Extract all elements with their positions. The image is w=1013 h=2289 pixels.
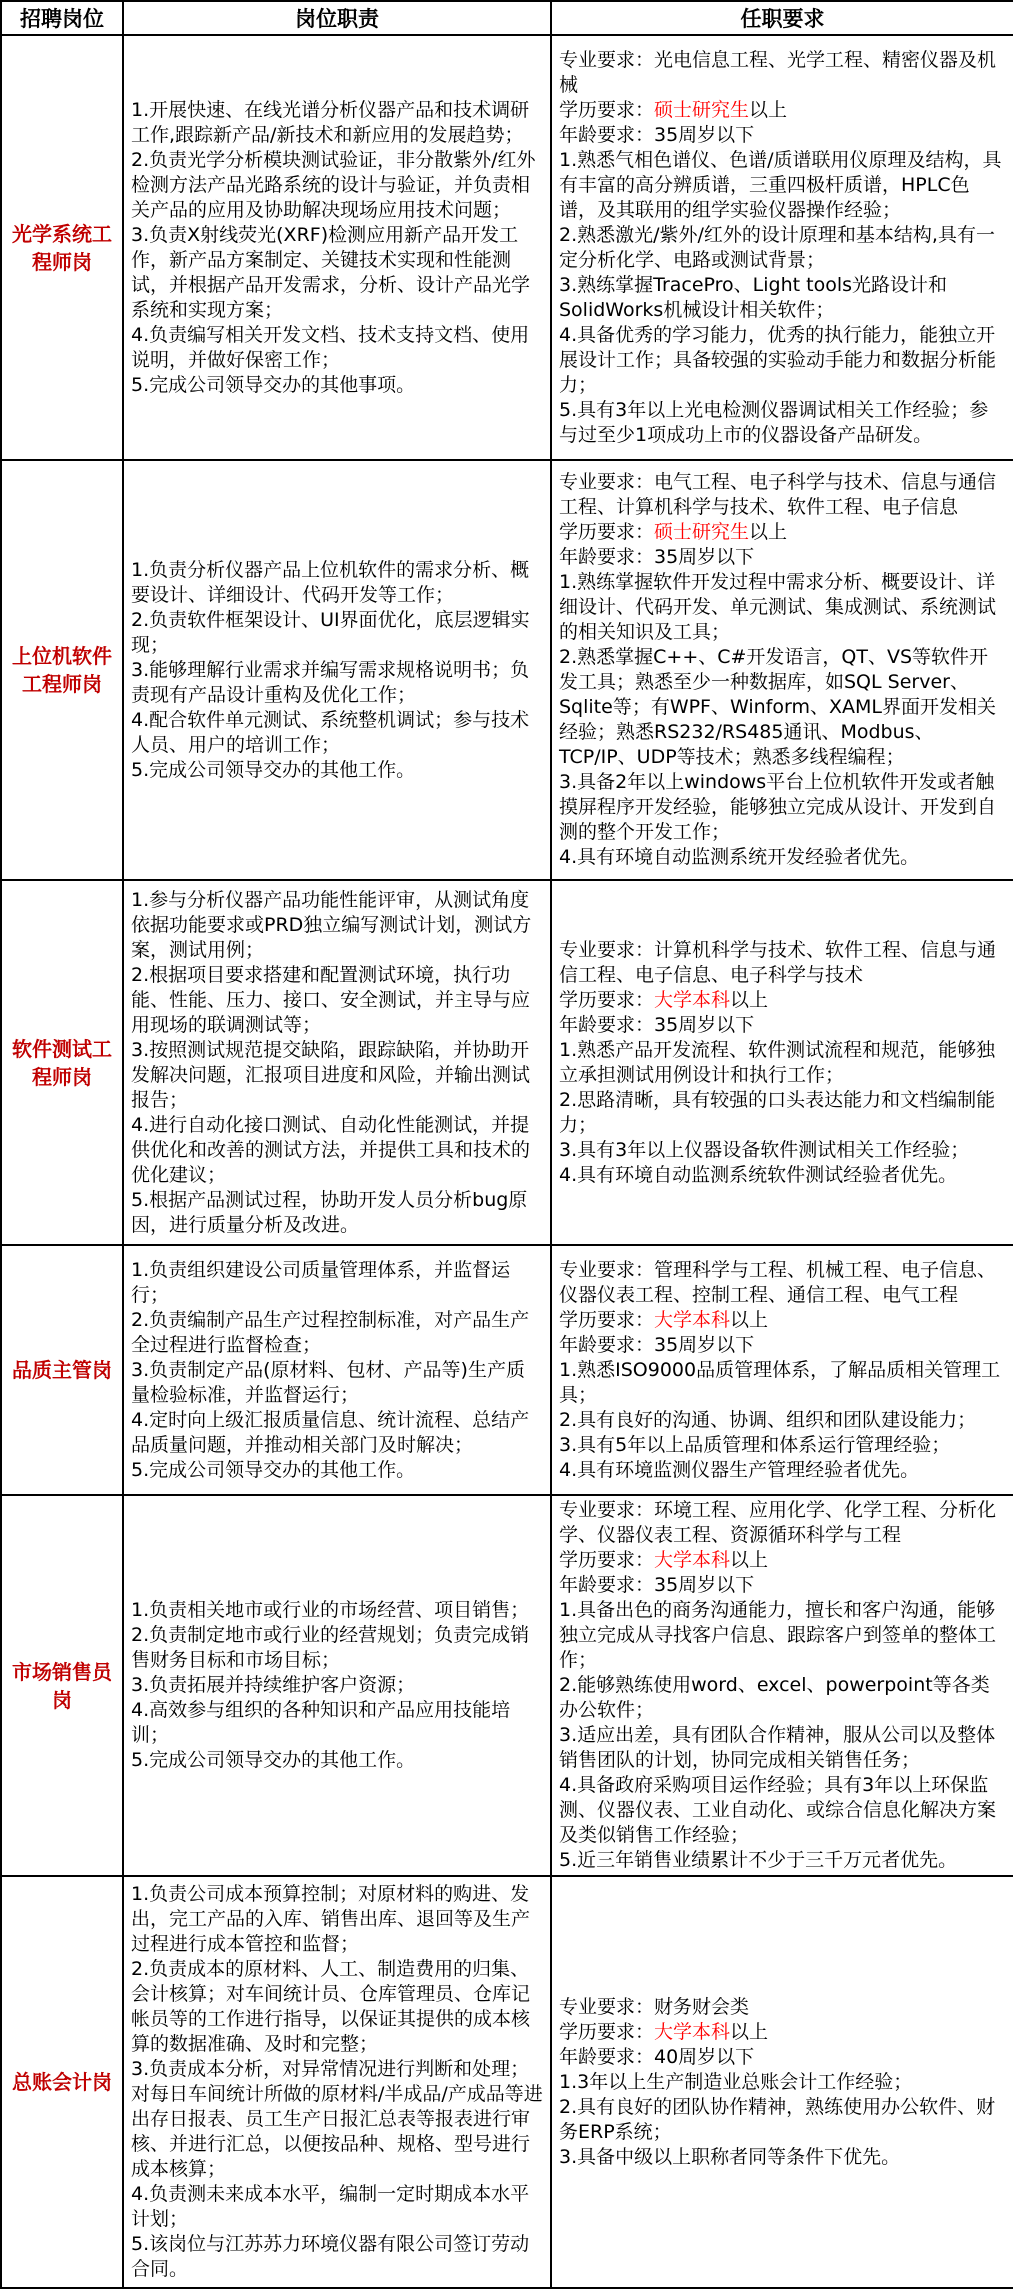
duty-item: 1.开展快速、在线光谱分析仪器产品和技术调研工作,跟踪新产品/新技术和新应用的发… [131,98,543,148]
requirement-line: 3.熟练掌握TracePro、Light tools光路设计和SolidWork… [559,273,1006,323]
education-highlight: 大学本科 [654,1309,730,1331]
requirement-text: 以上 [749,521,787,543]
requirement-text: 3.适应出差，具有团队合作精神，服从公司以及整体销售团队的计划，协同完成相关销售… [559,1724,995,1771]
requirement-line: 专业要求：光电信息工程、光学工程、精密仪器及机械 [559,48,1006,98]
requirement-line: 1.熟练掌握软件开发过程中需求分析、概要设计、详细设计、代码开发、单元测试、集成… [559,570,1006,645]
requirement-line: 学历要求：大学本科以上 [559,1308,1006,1333]
requirement-text: 4.具有环境自动监测系统软件测试经验者优先。 [559,1164,957,1186]
requirement-text: 1.熟悉ISO9000品质管理体系，了解品质相关管理工具； [559,1359,1000,1406]
requirement-text: 学历要求： [559,1549,654,1571]
position-cell: 光学系统工程师岗 [1,35,123,460]
position-cell: 品质主管岗 [1,1245,123,1495]
requirement-text: 1.熟悉气相色谱仪、色谱/质谱联用仪原理及结构，具有丰富的高分辨质谱，三重四极杆… [559,149,1002,221]
requirement-text: 4.具有环境监测仪器生产管理经验者优先。 [559,1459,919,1481]
requirement-line: 1.熟悉ISO9000品质管理体系，了解品质相关管理工具； [559,1358,1006,1408]
requirement-line: 1.熟悉产品开发流程、软件测试流程和规范，能够独立承担测试用例设计和执行工作； [559,1038,1006,1088]
requirement-text: 2.能够熟练使用word、excel、powerpoint等各类办公软件； [559,1674,990,1721]
requirement-text: 3.具有3年以上仪器设备软件测试相关工作经验； [559,1139,969,1161]
requirement-text: 学历要求： [559,99,654,121]
duty-item: 2.根据项目要求搭建和配置测试环境，执行功能、性能、压力、接口、安全测试，并主导… [131,963,543,1038]
education-highlight: 硕士研究生 [654,521,749,543]
duties-cell: 1.开展快速、在线光谱分析仪器产品和技术调研工作,跟踪新产品/新技术和新应用的发… [123,35,551,460]
requirement-line: 学历要求：硕士研究生以上 [559,520,1006,545]
requirement-text: 年龄要求：40周岁以下 [559,2046,754,2068]
requirements-cell: 专业要求：电气工程、电子科学与技术、信息与通信工程、计算机科学与技术、软件工程、… [551,460,1013,880]
duty-item: 5.完成公司领导交办的其他事项。 [131,373,543,398]
duties-cell: 1.负责公司成本预算控制；对原材料的购进、发出，完工产品的入库、销售出库、退回等… [123,1876,551,2288]
duty-item: 1.参与分析仪器产品功能性能评审，从测试角度依据功能要求或PRD独立编写测试计划… [131,888,543,963]
duty-item: 4.配合软件单元测试、系统整机调试；参与技术人员、用户的培训工作； [131,708,543,758]
requirement-line: 学历要求：大学本科以上 [559,988,1006,1013]
requirement-text: 2.熟悉掌握C++、C#开发语言，QT、VS等软件开发工具；熟悉至少一种数据库，… [559,646,996,768]
table-row: 总账会计岗1.负责公司成本预算控制；对原材料的购进、发出，完工产品的入库、销售出… [1,1876,1013,2288]
requirement-line: 学历要求：大学本科以上 [559,2020,1006,2045]
duties-cell: 1.负责相关地市或行业的市场经营、项目销售；2.负责制定地市或行业的经营规划；负… [123,1495,551,1876]
requirement-text: 5.具有3年以上光电检测仪器调试相关工作经验；参与过至少1项成功上市的仪器设备产… [559,399,988,446]
requirement-line: 5.具有3年以上光电检测仪器调试相关工作经验；参与过至少1项成功上市的仪器设备产… [559,398,1006,448]
requirement-text: 1.具备出色的商务沟通能力，擅长和客户沟通，能够独立完成从寻找客户信息、跟踪客户… [559,1599,996,1671]
requirement-text: 5.近三年销售业绩累计不少于三千万元者优先。 [559,1849,957,1871]
position-cell: 软件测试工程师岗 [1,880,123,1245]
duty-item: 2.负责光学分析模块测试验证，非分散紫外/红外检测方法产品光路系统的设计与验证，… [131,148,543,223]
duty-item: 5.完成公司领导交办的其他工作。 [131,758,543,783]
requirement-text: 学历要求： [559,989,654,1011]
position-name: 软件测试工程师岗 [12,1037,112,1089]
requirement-text: 学历要求： [559,521,654,543]
requirements-cell: 专业要求：计算机科学与技术、软件工程、信息与通信工程、电子信息、电子科学与技术学… [551,880,1013,1245]
requirement-text: 年龄要求：35周岁以下 [559,1334,754,1356]
duty-item: 3.按照测试规范提交缺陷，跟踪缺陷，并协助开发解决问题，汇报项目进度和风险，并输… [131,1038,543,1113]
requirement-text: 4.具备优秀的学习能力，优秀的执行能力，能独立开展设计工作；具备较强的实验动手能… [559,324,996,396]
requirement-line: 3.具有3年以上仪器设备软件测试相关工作经验； [559,1138,1006,1163]
requirement-text: 专业要求：环境工程、应用化学、化学工程、分析化学、仪器仪表工程、资源循环科学与工… [559,1499,996,1546]
requirement-text: 年龄要求：35周岁以下 [559,124,754,146]
requirement-line: 年龄要求：35周岁以下 [559,1013,1006,1038]
requirement-line: 2.熟悉激光/紫外/红外的设计原理和基本结构,具有一定分析化学、电路或测试背景； [559,223,1006,273]
requirement-line: 年龄要求：40周岁以下 [559,2045,1006,2070]
requirement-line: 2.具有良好的团队协作精神，熟练使用办公软件、财务ERP系统； [559,2095,1006,2145]
requirement-line: 1.熟悉气相色谱仪、色谱/质谱联用仪原理及结构，具有丰富的高分辨质谱，三重四极杆… [559,148,1006,223]
requirement-text: 3.具有5年以上品质管理和体系运行管理经验； [559,1434,950,1456]
requirement-line: 专业要求：计算机科学与技术、软件工程、信息与通信工程、电子信息、电子科学与技术 [559,938,1006,988]
duty-item: 3.负责成本分析，对异常情况进行判断和处理；对每日车间统计所做的原材料/半成品/… [131,2057,543,2182]
requirement-line: 年龄要求：35周岁以下 [559,1573,1006,1598]
position-name: 品质主管岗 [12,1358,112,1382]
duty-item: 4.定时向上级汇报质量信息、统计流程、总结产品质量问题，并推动相关部门及时解决； [131,1408,543,1458]
duty-item: 2.负责编制产品生产过程控制标准，对产品生产全过程进行监督检查； [131,1308,543,1358]
education-highlight: 硕士研究生 [654,99,749,121]
duty-item: 3.负责制定产品(原材料、包材、产品等)生产质量检验标准，并监督运行； [131,1358,543,1408]
requirement-line: 1.3年以上生产制造业总账会计工作经验； [559,2070,1006,2095]
requirement-line: 年龄要求：35周岁以下 [559,1333,1006,1358]
duties-cell: 1.参与分析仪器产品功能性能评审，从测试角度依据功能要求或PRD独立编写测试计划… [123,880,551,1245]
requirement-text: 2.熟悉激光/紫外/红外的设计原理和基本结构,具有一定分析化学、电路或测试背景； [559,224,995,271]
position-cell: 总账会计岗 [1,1876,123,2288]
requirement-line: 4.具有环境自动监测系统软件测试经验者优先。 [559,1163,1006,1188]
requirement-line: 2.能够熟练使用word、excel、powerpoint等各类办公软件； [559,1673,1006,1723]
requirement-text: 2.思路清晰，具有较强的口头表达能力和文档编制能力； [559,1089,995,1136]
requirement-line: 3.具有5年以上品质管理和体系运行管理经验； [559,1433,1006,1458]
requirement-line: 专业要求：管理科学与工程、机械工程、电子信息、仪器仪表工程、控制工程、通信工程、… [559,1258,1006,1308]
education-highlight: 大学本科 [654,1549,730,1571]
position-name: 市场销售员岗 [12,1660,112,1712]
duty-item: 4.负责测未来成本水平，编制一定时期成本水平计划； [131,2182,543,2232]
requirement-text: 2.具有良好的沟通、协调、组织和团队建设能力； [559,1409,976,1431]
header-row: 招聘岗位 岗位职责 任职要求 [1,1,1013,35]
requirement-line: 专业要求：财务财会类 [559,1995,1006,2020]
requirement-line: 3.具备2年以上windows平台上位机软件开发或者触摸屏程序开发经验，能够独立… [559,770,1006,845]
requirement-text: 4.具有环境自动监测系统开发经验者优先。 [559,846,919,868]
requirement-text: 1.熟悉产品开发流程、软件测试流程和规范，能够独立承担测试用例设计和执行工作； [559,1039,995,1086]
requirement-text: 专业要求：计算机科学与技术、软件工程、信息与通信工程、电子信息、电子科学与技术 [559,939,996,986]
requirement-text: 学历要求： [559,1309,654,1331]
duty-item: 1.负责相关地市或行业的市场经营、项目销售； [131,1598,543,1623]
requirement-line: 学历要求：硕士研究生以上 [559,98,1006,123]
requirement-text: 年龄要求：35周岁以下 [559,546,754,568]
requirement-text: 以上 [730,1309,768,1331]
duty-item: 4.进行自动化接口测试、自动化性能测试，并提供优化和改善的测试方法，并提供工具和… [131,1113,543,1188]
duty-item: 5.完成公司领导交办的其他工作。 [131,1748,543,1773]
duty-item: 5.该岗位与江苏苏力环境仪器有限公司签订劳动合同。 [131,2232,543,2282]
requirements-cell: 专业要求：环境工程、应用化学、化学工程、分析化学、仪器仪表工程、资源循环科学与工… [551,1495,1013,1876]
recruitment-table: 招聘岗位 岗位职责 任职要求 光学系统工程师岗1.开展快速、在线光谱分析仪器产品… [0,0,1013,2289]
duties-cell: 1.负责分析仪器产品上位机软件的需求分析、概要设计、详细设计、代码开发等工作；2… [123,460,551,880]
duty-item: 1.负责组织建设公司质量管理体系，并监督运行； [131,1258,543,1308]
requirement-text: 以上 [749,99,787,121]
requirement-line: 4.具备政府采购项目运作经验；具有3年以上环保监测、仪器仪表、工业自动化、或综合… [559,1773,1006,1848]
requirement-line: 专业要求：电气工程、电子科学与技术、信息与通信工程、计算机科学与技术、软件工程、… [559,470,1006,520]
requirement-text: 3.具备2年以上windows平台上位机软件开发或者触摸屏程序开发经验，能够独立… [559,771,996,843]
duty-item: 2.负责制定地市或行业的经营规划；负责完成销售财务目标和市场目标； [131,1623,543,1673]
table-row: 市场销售员岗1.负责相关地市或行业的市场经营、项目销售；2.负责制定地市或行业的… [1,1495,1013,1876]
duty-item: 1.负责公司成本预算控制；对原材料的购进、发出，完工产品的入库、销售出库、退回等… [131,1882,543,1957]
requirement-text: 以上 [730,989,768,1011]
requirement-line: 专业要求：环境工程、应用化学、化学工程、分析化学、仪器仪表工程、资源循环科学与工… [559,1498,1006,1548]
requirement-text: 专业要求：财务财会类 [559,1996,749,2018]
requirement-line: 年龄要求：35周岁以下 [559,123,1006,148]
position-cell: 上位机软件工程师岗 [1,460,123,880]
position-name: 上位机软件工程师岗 [12,644,112,696]
requirement-text: 1.熟练掌握软件开发过程中需求分析、概要设计、详细设计、代码开发、单元测试、集成… [559,571,996,643]
requirement-text: 专业要求：电气工程、电子科学与技术、信息与通信工程、计算机科学与技术、软件工程、… [559,471,996,518]
table-row: 上位机软件工程师岗1.负责分析仪器产品上位机软件的需求分析、概要设计、详细设计、… [1,460,1013,880]
requirement-line: 1.具备出色的商务沟通能力，擅长和客户沟通，能够独立完成从寻找客户信息、跟踪客户… [559,1598,1006,1673]
requirement-text: 3.具备中级以上职称者同等条件下优先。 [559,2146,900,2168]
requirements-cell: 专业要求：光电信息工程、光学工程、精密仪器及机械学历要求：硕士研究生以上年龄要求… [551,35,1013,460]
requirement-line: 4.具有环境监测仪器生产管理经验者优先。 [559,1458,1006,1483]
requirement-line: 5.近三年销售业绩累计不少于三千万元者优先。 [559,1848,1006,1873]
duty-item: 1.负责分析仪器产品上位机软件的需求分析、概要设计、详细设计、代码开发等工作； [131,558,543,608]
duties-cell: 1.负责组织建设公司质量管理体系，并监督运行；2.负责编制产品生产过程控制标准，… [123,1245,551,1495]
requirement-text: 1.3年以上生产制造业总账会计工作经验； [559,2071,912,2093]
requirement-line: 4.具有环境自动监测系统开发经验者优先。 [559,845,1006,870]
position-name: 光学系统工程师岗 [12,222,112,274]
requirements-cell: 专业要求：管理科学与工程、机械工程、电子信息、仪器仪表工程、控制工程、通信工程、… [551,1245,1013,1495]
table-row: 品质主管岗1.负责组织建设公司质量管理体系，并监督运行；2.负责编制产品生产过程… [1,1245,1013,1495]
table-row: 光学系统工程师岗1.开展快速、在线光谱分析仪器产品和技术调研工作,跟踪新产品/新… [1,35,1013,460]
requirement-text: 学历要求： [559,2021,654,2043]
requirement-text: 2.具有良好的团队协作精神，熟练使用办公软件、财务ERP系统； [559,2096,995,2143]
duty-item: 4.负责编写相关开发文档、技术支持文档、使用说明，并做好保密工作； [131,323,543,373]
duty-item: 3.负责X射线荧光(XRF)检测应用新产品开发工作，新产品方案制定、关键技术实现… [131,223,543,323]
requirement-line: 2.熟悉掌握C++、C#开发语言，QT、VS等软件开发工具；熟悉至少一种数据库，… [559,645,1006,770]
duty-item: 4.高效参与组织的各种知识和产品应用技能培训； [131,1698,543,1748]
requirement-text: 3.熟练掌握TracePro、Light tools光路设计和SolidWork… [559,274,947,321]
requirement-text: 4.具备政府采购项目运作经验；具有3年以上环保监测、仪器仪表、工业自动化、或综合… [559,1774,996,1846]
requirement-text: 专业要求：光电信息工程、光学工程、精密仪器及机械 [559,49,996,96]
header-cell-requirements: 任职要求 [551,1,1013,35]
requirement-line: 3.具备中级以上职称者同等条件下优先。 [559,2145,1006,2170]
duty-item: 2.负责成本的原材料、人工、制造费用的归集、会计核算；对车间统计员、仓库管理员、… [131,1957,543,2057]
table-body: 光学系统工程师岗1.开展快速、在线光谱分析仪器产品和技术调研工作,跟踪新产品/新… [1,35,1013,2288]
header-cell-duties: 岗位职责 [123,1,551,35]
requirement-line: 年龄要求：35周岁以下 [559,545,1006,570]
education-highlight: 大学本科 [654,989,730,1011]
position-name: 总账会计岗 [12,2070,112,2094]
requirement-line: 3.适应出差，具有团队合作精神，服从公司以及整体销售团队的计划，协同完成相关销售… [559,1723,1006,1773]
header-cell-position: 招聘岗位 [1,1,123,35]
requirement-text: 以上 [730,1549,768,1571]
requirement-line: 4.具备优秀的学习能力，优秀的执行能力，能独立开展设计工作；具备较强的实验动手能… [559,323,1006,398]
duty-item: 5.完成公司领导交办的其他工作。 [131,1458,543,1483]
education-highlight: 大学本科 [654,2021,730,2043]
requirement-line: 2.思路清晰，具有较强的口头表达能力和文档编制能力； [559,1088,1006,1138]
requirement-line: 学历要求：大学本科以上 [559,1548,1006,1573]
requirement-line: 2.具有良好的沟通、协调、组织和团队建设能力； [559,1408,1006,1433]
duty-item: 3.负责拓展并持续维护客户资源； [131,1673,543,1698]
requirement-text: 专业要求：管理科学与工程、机械工程、电子信息、仪器仪表工程、控制工程、通信工程、… [559,1259,996,1306]
duty-item: 5.根据产品测试过程，协助开发人员分析bug原因，进行质量分析及改进。 [131,1188,543,1238]
duty-item: 3.能够理解行业需求并编写需求规格说明书；负责现有产品设计重构及优化工作； [131,658,543,708]
requirement-text: 以上 [730,2021,768,2043]
requirements-cell: 专业要求：财务财会类学历要求：大学本科以上年龄要求：40周岁以下1.3年以上生产… [551,1876,1013,2288]
duty-item: 2.负责软件框架设计、UI界面优化，底层逻辑实现； [131,608,543,658]
requirement-text: 年龄要求：35周岁以下 [559,1014,754,1036]
table-row: 软件测试工程师岗1.参与分析仪器产品功能性能评审，从测试角度依据功能要求或PRD… [1,880,1013,1245]
requirement-text: 年龄要求：35周岁以下 [559,1574,754,1596]
position-cell: 市场销售员岗 [1,1495,123,1876]
